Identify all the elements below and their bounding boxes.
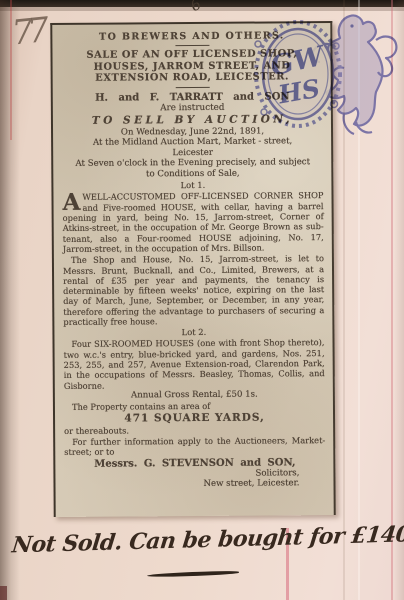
corner-ink-blot [0, 586, 7, 600]
lot1-paragraph-2: The Shop and House, No. 15, Jarrom-stree… [63, 253, 324, 327]
time-line-1: At Seven o'clock in the Evening precisel… [62, 157, 323, 169]
time-line-2: to Conditions of Sale, [62, 168, 323, 180]
gwhs-watermark: GW HS [244, 4, 404, 146]
area-line: 471 SQUARE YARDS, [64, 411, 325, 425]
solicitor-address: New street, Leicester. [64, 478, 325, 490]
handwritten-note: Not Sold. Can be bought for £1400. [11, 522, 400, 559]
gwhs-badge: GW HS [255, 22, 340, 126]
divider [175, 45, 209, 46]
ledger-page: 77 6 TO BREWERS AND OTHERS. SALE OF AN O… [0, 0, 404, 600]
page-number: 77 [10, 10, 45, 53]
lot1-paragraph-text: WELL-ACCUSTOMED OFF-LICENSED CORNER SHOP… [63, 191, 324, 254]
lot2-paragraph: Four SIX-ROOMED HOUSES (one with front S… [63, 337, 324, 390]
thereabouts-line: or thereabouts. [64, 424, 325, 436]
lot1-paragraph: AWELL-ACCUSTOMED OFF-LICENSED CORNER SHO… [62, 191, 323, 255]
rental-line: Annual Gross Rental, £50 1s. [64, 389, 325, 401]
lot1-dropcap: A [62, 193, 80, 212]
handwritten-underline [147, 570, 239, 577]
divider [175, 86, 209, 87]
info-line: For further information apply to the Auc… [64, 435, 325, 457]
